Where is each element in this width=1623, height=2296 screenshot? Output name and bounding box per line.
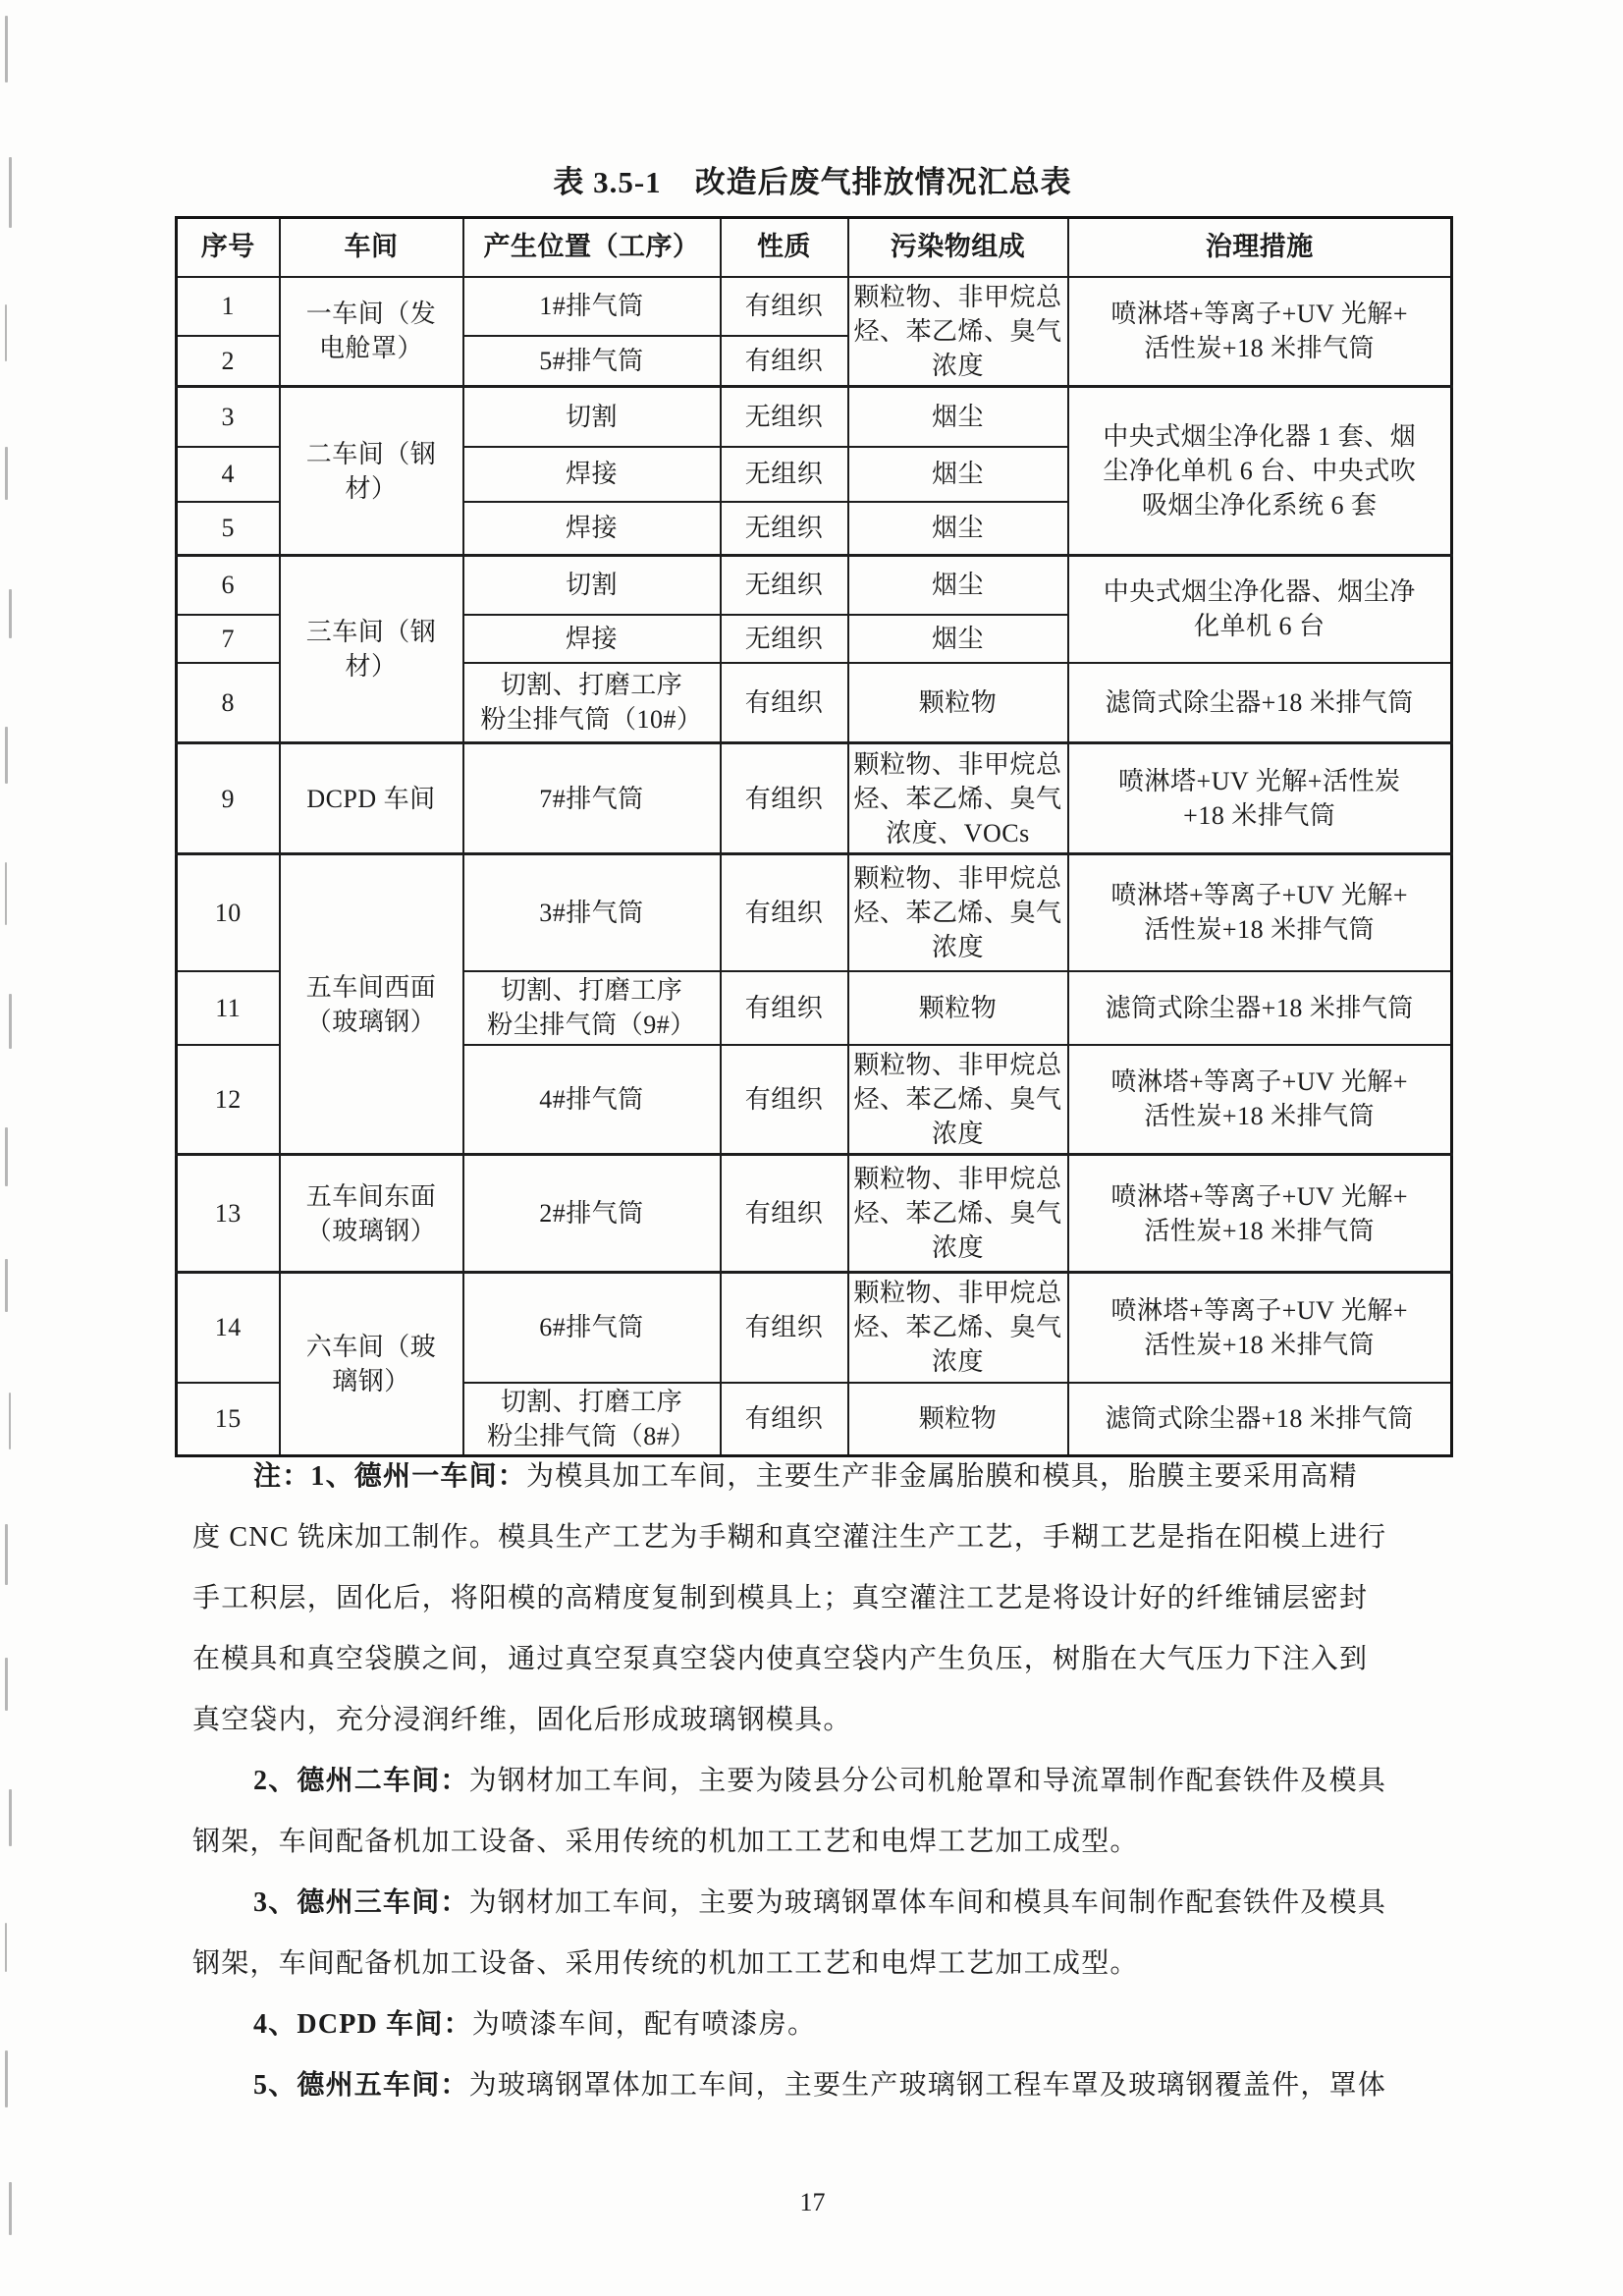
note-lead: 2、德州二车间： <box>253 1766 469 1796</box>
note-lead: 3、德州三车间： <box>253 1887 469 1918</box>
cell-nature: 无组织 <box>721 502 848 556</box>
cell-workshop: 五车间西面 （玻璃钢） <box>280 854 463 1155</box>
cell-location: 焊接 <box>463 502 721 556</box>
emission-summary-table: 序号 车间 产生位置（工序） 性质 污染物组成 治理措施 1 一车间（发 电舱罩… <box>175 216 1453 1457</box>
cell-location: 切割 <box>463 556 721 615</box>
cell-location: 4#排气筒 <box>463 1045 721 1155</box>
cell-pollutant: 颗粒物、非甲烷总 烃、苯乙烯、臭气 浓度 <box>848 854 1068 971</box>
cell-treatment: 喷淋塔+UV 光解+活性炭 +18 米排气筒 <box>1068 743 1452 854</box>
footnotes: 注：1、德州一车间：为模具加工车间，主要生产非金属胎膜和模具，胎膜主要采用高精 … <box>192 1447 1459 2116</box>
cell-seq: 4 <box>177 447 280 502</box>
note-text: 钢架，车间配备机加工设备、采用传统的机加工工艺和电焊工艺加工成型。 <box>192 1827 1139 1857</box>
cell-workshop: DCPD 车间 <box>280 743 463 854</box>
note-lead: 5、德州五车间： <box>253 2070 469 2101</box>
col-header-pollutant: 污染物组成 <box>848 218 1068 277</box>
cell-treatment: 喷淋塔+等离子+UV 光解+ 活性炭+18 米排气筒 <box>1068 1273 1452 1383</box>
table-row: 14 六车间（玻 璃钢） 6#排气筒 有组织 颗粒物、非甲烷总 烃、苯乙烯、臭气… <box>177 1273 1452 1383</box>
cell-nature: 有组织 <box>721 1383 848 1456</box>
cell-workshop: 六车间（玻 璃钢） <box>280 1273 463 1456</box>
note-lead: 注：1、德州一车间： <box>253 1461 526 1492</box>
cell-pollutant: 烟尘 <box>848 615 1068 663</box>
note-line: 3、德州三车间：为钢材加工车间，主要为玻璃钢罩体车间和模具车间制作配套铁件及模具 <box>192 1873 1459 1934</box>
note-line: 手工积层，固化后，将阳模的高精度复制到模具上；真空灌注工艺是将设计好的纤维铺层密… <box>192 1568 1459 1629</box>
cell-nature: 有组织 <box>721 336 848 387</box>
cell-pollutant: 颗粒物 <box>848 971 1068 1045</box>
table-row: 9 DCPD 车间 7#排气筒 有组织 颗粒物、非甲烷总 烃、苯乙烯、臭气 浓度… <box>177 743 1452 854</box>
cell-location: 切割、打磨工序 粉尘排气筒（8#） <box>463 1383 721 1456</box>
cell-location: 焊接 <box>463 615 721 663</box>
table-row: 10 五车间西面 （玻璃钢） 3#排气筒 有组织 颗粒物、非甲烷总 烃、苯乙烯、… <box>177 854 1452 971</box>
cell-workshop: 五车间东面 （玻璃钢） <box>280 1155 463 1273</box>
note-text: 度 CNC 铣床加工制作。模具生产工艺为手糊和真空灌注生产工艺，手糊工艺是指在阳… <box>192 1522 1386 1553</box>
note-line: 度 CNC 铣床加工制作。模具生产工艺为手糊和真空灌注生产工艺，手糊工艺是指在阳… <box>192 1507 1459 1568</box>
note-line: 2、德州二车间：为钢材加工车间，主要为陵县分公司机舱罩和导流罩制作配套铁件及模具 <box>192 1751 1459 1812</box>
cell-seq: 2 <box>177 336 280 387</box>
note-text: 为喷漆车间，配有喷漆房。 <box>472 2009 816 2040</box>
cell-pollutant: 颗粒物、非甲烷总 烃、苯乙烯、臭气 浓度、VOCs <box>848 743 1068 854</box>
cell-seq: 10 <box>177 854 280 971</box>
table-row: 1 一车间（发 电舱罩） 1#排气筒 有组织 颗粒物、非甲烷总 烃、苯乙烯、臭气… <box>177 277 1452 336</box>
cell-nature: 有组织 <box>721 1045 848 1155</box>
note-text: 为玻璃钢罩体加工车间，主要生产玻璃钢工程车罩及玻璃钢覆盖件，罩体 <box>469 2070 1386 2101</box>
note-line: 钢架，车间配备机加工设备、采用传统的机加工工艺和电焊工艺加工成型。 <box>192 1812 1459 1873</box>
scan-artifacts <box>0 0 24 2296</box>
table-header-row: 序号 车间 产生位置（工序） 性质 污染物组成 治理措施 <box>177 218 1452 277</box>
cell-nature: 有组织 <box>721 971 848 1045</box>
cell-workshop: 一车间（发 电舱罩） <box>280 277 463 387</box>
cell-seq: 12 <box>177 1045 280 1155</box>
cell-pollutant: 颗粒物、非甲烷总 烃、苯乙烯、臭气 浓度 <box>848 277 1068 387</box>
table-row: 6 三车间（钢 材） 切割 无组织 烟尘 中央式烟尘净化器、烟尘净 化单机 6 … <box>177 556 1452 615</box>
note-line: 4、DCPD 车间：为喷漆车间，配有喷漆房。 <box>192 1995 1459 2055</box>
cell-treatment: 中央式烟尘净化器 1 套、烟 尘净化单机 6 台、中央式吹 吸烟尘净化系统 6 … <box>1068 387 1452 556</box>
note-line: 钢架，车间配备机加工设备、采用传统的机加工工艺和电焊工艺加工成型。 <box>192 1934 1459 1995</box>
cell-pollutant: 颗粒物 <box>848 1383 1068 1456</box>
cell-pollutant: 烟尘 <box>848 556 1068 615</box>
cell-seq: 5 <box>177 502 280 556</box>
note-text: 在模具和真空袋膜之间，通过真空泵真空袋内使真空袋内产生负压，树脂在大气压力下注入… <box>192 1644 1368 1674</box>
note-text: 为钢材加工车间，主要为玻璃钢罩体车间和模具车间制作配套铁件及模具 <box>469 1887 1386 1918</box>
cell-nature: 有组织 <box>721 1155 848 1273</box>
cell-pollutant: 颗粒物、非甲烷总 烃、苯乙烯、臭气 浓度 <box>848 1155 1068 1273</box>
cell-seq: 11 <box>177 971 280 1045</box>
note-text: 真空袋内，充分浸润纤维，固化后形成玻璃钢模具。 <box>192 1705 852 1735</box>
note-text: 钢架，车间配备机加工设备、采用传统的机加工工艺和电焊工艺加工成型。 <box>192 1948 1139 1979</box>
cell-treatment: 滤筒式除尘器+18 米排气筒 <box>1068 971 1452 1045</box>
cell-workshop: 三车间（钢 材） <box>280 556 463 743</box>
cell-seq: 13 <box>177 1155 280 1273</box>
cell-nature: 有组织 <box>721 743 848 854</box>
cell-treatment: 喷淋塔+等离子+UV 光解+ 活性炭+18 米排气筒 <box>1068 1155 1452 1273</box>
cell-location: 5#排气筒 <box>463 336 721 387</box>
page-title: 表 3.5-1改造后废气排放情况汇总表 <box>175 157 1450 201</box>
cell-seq: 3 <box>177 387 280 447</box>
cell-seq: 1 <box>177 277 280 336</box>
cell-workshop: 二车间（钢 材） <box>280 387 463 556</box>
cell-treatment: 喷淋塔+等离子+UV 光解+ 活性炭+18 米排气筒 <box>1068 854 1452 971</box>
table-row: 13 五车间东面 （玻璃钢） 2#排气筒 有组织 颗粒物、非甲烷总 烃、苯乙烯、… <box>177 1155 1452 1273</box>
cell-treatment: 喷淋塔+等离子+UV 光解+ 活性炭+18 米排气筒 <box>1068 277 1452 387</box>
cell-pollutant: 颗粒物、非甲烷总 烃、苯乙烯、臭气 浓度 <box>848 1045 1068 1155</box>
cell-pollutant: 颗粒物 <box>848 663 1068 743</box>
cell-seq: 14 <box>177 1273 280 1383</box>
cell-treatment: 滤筒式除尘器+18 米排气筒 <box>1068 1383 1452 1456</box>
cell-seq: 8 <box>177 663 280 743</box>
cell-treatment: 中央式烟尘净化器、烟尘净 化单机 6 台 <box>1068 556 1452 663</box>
cell-location: 3#排气筒 <box>463 854 721 971</box>
cell-seq: 9 <box>177 743 280 854</box>
cell-location: 1#排气筒 <box>463 277 721 336</box>
cell-location: 切割 <box>463 387 721 447</box>
cell-location: 切割、打磨工序 粉尘排气筒（10#） <box>463 663 721 743</box>
cell-seq: 6 <box>177 556 280 615</box>
table-title-text: 改造后废气排放情况汇总表 <box>695 165 1072 199</box>
note-text: 为钢材加工车间，主要为陵县分公司机舱罩和导流罩制作配套铁件及模具 <box>469 1766 1386 1796</box>
cell-nature: 有组织 <box>721 663 848 743</box>
note-line: 真空袋内，充分浸润纤维，固化后形成玻璃钢模具。 <box>192 1690 1459 1751</box>
cell-nature: 有组织 <box>721 277 848 336</box>
table-row: 3 二车间（钢 材） 切割 无组织 烟尘 中央式烟尘净化器 1 套、烟 尘净化单… <box>177 387 1452 447</box>
note-text: 手工积层，固化后，将阳模的高精度复制到模具上；真空灌注工艺是将设计好的纤维铺层密… <box>192 1583 1368 1613</box>
note-lead: 4、DCPD 车间： <box>253 2009 472 2040</box>
cell-pollutant: 烟尘 <box>848 447 1068 502</box>
cell-treatment: 喷淋塔+等离子+UV 光解+ 活性炭+18 米排气筒 <box>1068 1045 1452 1155</box>
cell-location: 6#排气筒 <box>463 1273 721 1383</box>
page-number: 17 <box>175 2188 1450 2217</box>
table-label: 表 3.5-1 <box>553 165 661 199</box>
cell-location: 7#排气筒 <box>463 743 721 854</box>
note-line: 在模具和真空袋膜之间，通过真空泵真空袋内使真空袋内产生负压，树脂在大气压力下注入… <box>192 1629 1459 1690</box>
col-header-treatment: 治理措施 <box>1068 218 1452 277</box>
cell-pollutant: 颗粒物、非甲烷总 烃、苯乙烯、臭气 浓度 <box>848 1273 1068 1383</box>
col-header-seq: 序号 <box>177 218 280 277</box>
cell-location: 2#排气筒 <box>463 1155 721 1273</box>
cell-nature: 有组织 <box>721 854 848 971</box>
cell-location: 切割、打磨工序 粉尘排气筒（9#） <box>463 971 721 1045</box>
cell-seq: 7 <box>177 615 280 663</box>
cell-treatment: 滤筒式除尘器+18 米排气筒 <box>1068 663 1452 743</box>
cell-nature: 无组织 <box>721 615 848 663</box>
col-header-location: 产生位置（工序） <box>463 218 721 277</box>
cell-location: 焊接 <box>463 447 721 502</box>
cell-seq: 15 <box>177 1383 280 1456</box>
col-header-nature: 性质 <box>721 218 848 277</box>
cell-pollutant: 烟尘 <box>848 387 1068 447</box>
cell-nature: 无组织 <box>721 556 848 615</box>
cell-nature: 无组织 <box>721 447 848 502</box>
note-line: 注：1、德州一车间：为模具加工车间，主要生产非金属胎膜和模具，胎膜主要采用高精 <box>192 1447 1459 1507</box>
col-header-workshop: 车间 <box>280 218 463 277</box>
cell-nature: 有组织 <box>721 1273 848 1383</box>
note-text: 为模具加工车间，主要生产非金属胎膜和模具，胎膜主要采用高精 <box>526 1461 1358 1492</box>
note-line: 5、德州五车间：为玻璃钢罩体加工车间，主要生产玻璃钢工程车罩及玻璃钢覆盖件，罩体 <box>192 2055 1459 2116</box>
cell-pollutant: 烟尘 <box>848 502 1068 556</box>
cell-nature: 无组织 <box>721 387 848 447</box>
